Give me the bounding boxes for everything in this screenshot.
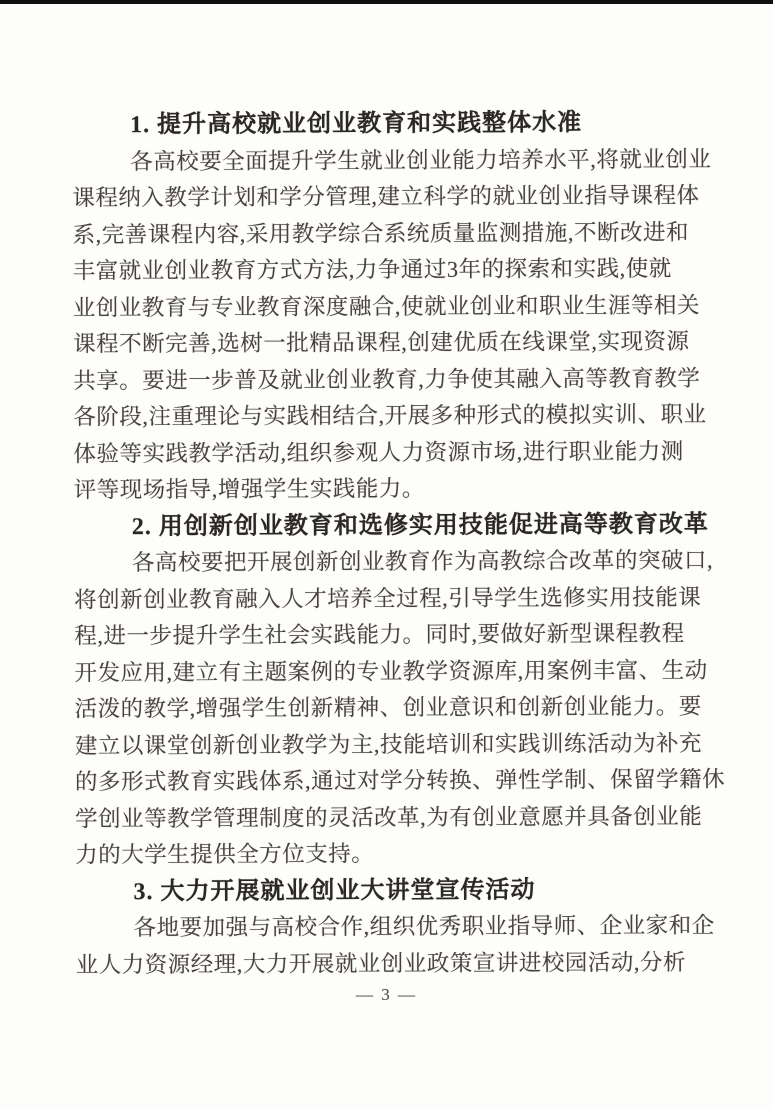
scanned-document-page: 1. 提升高校就业创业教育和实践整体水准各高校要全面提升学生就业创业能力培养水平… bbox=[0, 0, 773, 1110]
body-line: 各地要加强与高校合作,组织优秀职业指导师、企业家和企 bbox=[76, 908, 712, 947]
body-line: 活泼的教学,增强学生创新精神、创业意识和创新创业能力。要 bbox=[75, 689, 711, 728]
body-line: 力的大学生提供全方位支持。 bbox=[75, 835, 711, 874]
body-line: 开发应用,建立有主题案例的专业教学资源库,用案例丰富、生动 bbox=[74, 652, 710, 691]
section-heading: 3. 大力开展就业创业大讲堂宣传活动 bbox=[75, 871, 711, 910]
body-line: 丰富就业创业教育方式方法,力争通过3年的探索和实践,使就 bbox=[73, 251, 709, 290]
page-number: — 3 — bbox=[0, 984, 773, 1006]
body-line: 课程纳入教学计划和学分管理,建立科学的就业创业指导课程体 bbox=[72, 178, 708, 217]
section-heading: 1. 提升高校就业创业教育和实践整体水准 bbox=[72, 105, 708, 144]
body-line: 将创新创业教育融入人才培养全过程,引导学生选修实用技能课 bbox=[74, 579, 710, 618]
section-2: 2. 用创新创业教育和选修实用技能促进高等教育改革各高校要把开展创新创业教育作为… bbox=[74, 506, 712, 874]
body-line: 共享。要进一步普及就业创业教育,力争使其融入高等教育教学 bbox=[73, 360, 709, 399]
section-heading: 2. 用创新创业教育和选修实用技能促进高等教育改革 bbox=[74, 506, 710, 545]
body-line: 学创业等教学管理制度的灵活改革,为有创业意愿并具备创业能 bbox=[75, 798, 711, 837]
body-line: 各高校要全面提升学生就业创业能力培养水平,将就业创业 bbox=[72, 141, 708, 180]
body-line: 各高校要把开展创新创业教育作为高教综合改革的突破口, bbox=[74, 543, 710, 582]
body-line: 各阶段,注重理论与实践相结合,开展多种形式的模拟实训、职业 bbox=[73, 397, 709, 436]
body-line: 课程不断完善,选树一批精品课程,创建优质在线课堂,实现资源 bbox=[73, 324, 709, 363]
body-line: 体验等实践教学活动,组织参观人力资源市场,进行职业能力测 bbox=[73, 433, 709, 472]
body-line: 评等现场指导,增强学生实践能力。 bbox=[74, 470, 710, 509]
body-line: 程,进一步提升学生社会实践能力。同时,要做好新型课程教程 bbox=[74, 616, 710, 655]
section-3: 3. 大力开展就业创业大讲堂宣传活动各地要加强与高校合作,组织优秀职业指导师、企… bbox=[75, 871, 711, 983]
body-line: 建立以课堂创新创业教学为主,技能培训和实践训练活动为补充 bbox=[75, 725, 711, 764]
body-line: 业创业教育与专业教育深度融合,使就业创业和职业生涯等相关 bbox=[73, 287, 709, 326]
document-body: 1. 提升高校就业创业教育和实践整体水准各高校要全面提升学生就业创业能力培养水平… bbox=[72, 105, 712, 984]
scan-edge-artifact bbox=[0, 0, 773, 4]
body-line: 系,完善课程内容,采用教学综合系统质量监测措施,不断改进和 bbox=[72, 214, 708, 253]
body-line: 业人力资源经理,大力开展就业创业政策宣讲进校园活动,分析 bbox=[76, 944, 712, 983]
section-1: 1. 提升高校就业创业教育和实践整体水准各高校要全面提升学生就业创业能力培养水平… bbox=[72, 105, 710, 509]
body-line: 的多形式教育实践体系,通过对学分转换、弹性学制、保留学籍休 bbox=[75, 762, 711, 801]
